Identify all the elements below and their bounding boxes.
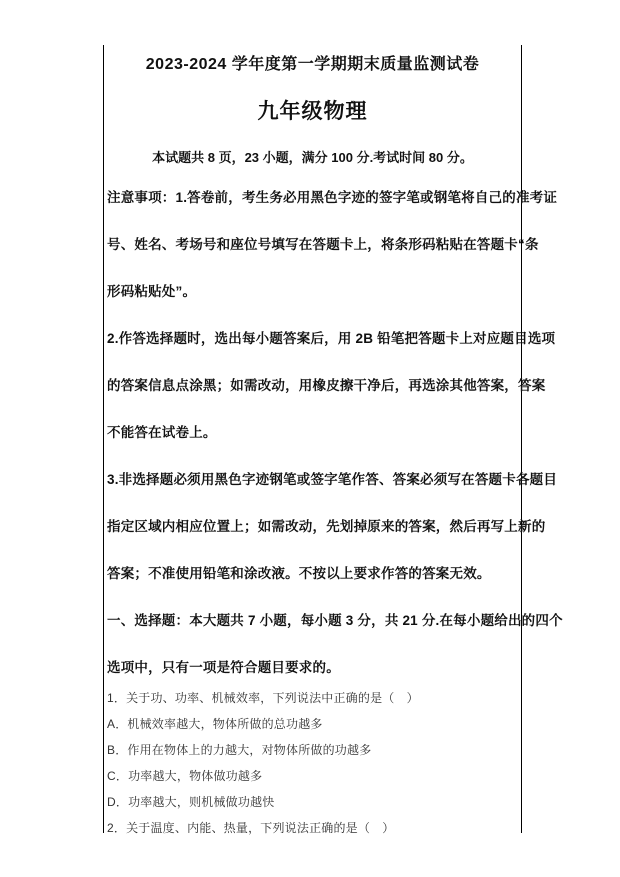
notice-line-3: 形码粘贴处”。 — [107, 283, 518, 300]
notice-line-7: 3.非选择题必须用黑色字迹钢笔或签字笔作答、答案必须写在答题卡各题目 — [107, 471, 518, 488]
subject-title: 九年级物理 — [107, 98, 518, 126]
exam-session-title: 2023-2024 学年度第一学期期末质量监测试卷 — [107, 55, 518, 75]
notice-line-2: 号、姓名、考场号和座位号填写在答题卡上，将条形码粘贴在答题卡“条 — [107, 236, 518, 253]
question-2-stem: 2．关于温度、内能、热量，下列说法正确的是（ ） — [107, 820, 518, 836]
questions-block: 1．关于功、功率、机械效率，下列说法中正确的是（ ） A．机械效率越大，物体所做… — [107, 690, 518, 836]
exam-info-line: 本试题共 8 页，23 小题，满分 100 分.考试时间 80 分。 — [107, 149, 518, 166]
section-header-line-1: 一、选择题：本大题共 7 小题，每小题 3 分，共 21 分.在每小题给出的四个 — [107, 612, 518, 629]
exam-paper-page: 2023-2024 学年度第一学期期末质量监测试卷 九年级物理 本试题共 8 页… — [0, 0, 620, 877]
notice-line-8: 指定区域内相应位置上；如需改动，先划掉原来的答案，然后再写上新的 — [107, 518, 518, 535]
question-1-stem: 1．关于功、功率、机械效率，下列说法中正确的是（ ） — [107, 690, 518, 706]
notice-line-1: 注意事项：1.答卷前，考生务必用黑色字迹的签字笔或钢笔将自己的准考证 — [107, 189, 518, 206]
notice-line-6: 不能答在试卷上。 — [107, 424, 518, 441]
notice-line-9: 答案；不准使用铅笔和涂改液。不按以上要求作答的答案无效。 — [107, 565, 518, 582]
question-1-option-c: C．功率越大，物体做功越多 — [107, 768, 518, 784]
exam-content-area: 2023-2024 学年度第一学期期末质量监测试卷 九年级物理 本试题共 8 页… — [103, 45, 522, 833]
section-header-line-2: 选项中，只有一项是符合题目要求的。 — [107, 659, 518, 676]
question-1-option-a: A．机械效率越大，物体所做的总功越多 — [107, 716, 518, 732]
notice-line-4: 2.作答选择题时，选出每小题答案后，用 2B 铅笔把答题卡上对应题目选项 — [107, 330, 518, 347]
question-1-option-d: D．功率越大，则机械做功越快 — [107, 794, 518, 810]
notice-line-5: 的答案信息点涂黑；如需改动，用橡皮擦干净后，再选涂其他答案，答案 — [107, 377, 518, 394]
question-1-option-b: B．作用在物体上的力越大，对物体所做的功越多 — [107, 742, 518, 758]
section-one-header: 一、选择题：本大题共 7 小题，每小题 3 分，共 21 分.在每小题给出的四个… — [107, 612, 518, 676]
notice-section: 注意事项：1.答卷前，考生务必用黑色字迹的签字笔或钢笔将自己的准考证 号、姓名、… — [107, 189, 518, 582]
